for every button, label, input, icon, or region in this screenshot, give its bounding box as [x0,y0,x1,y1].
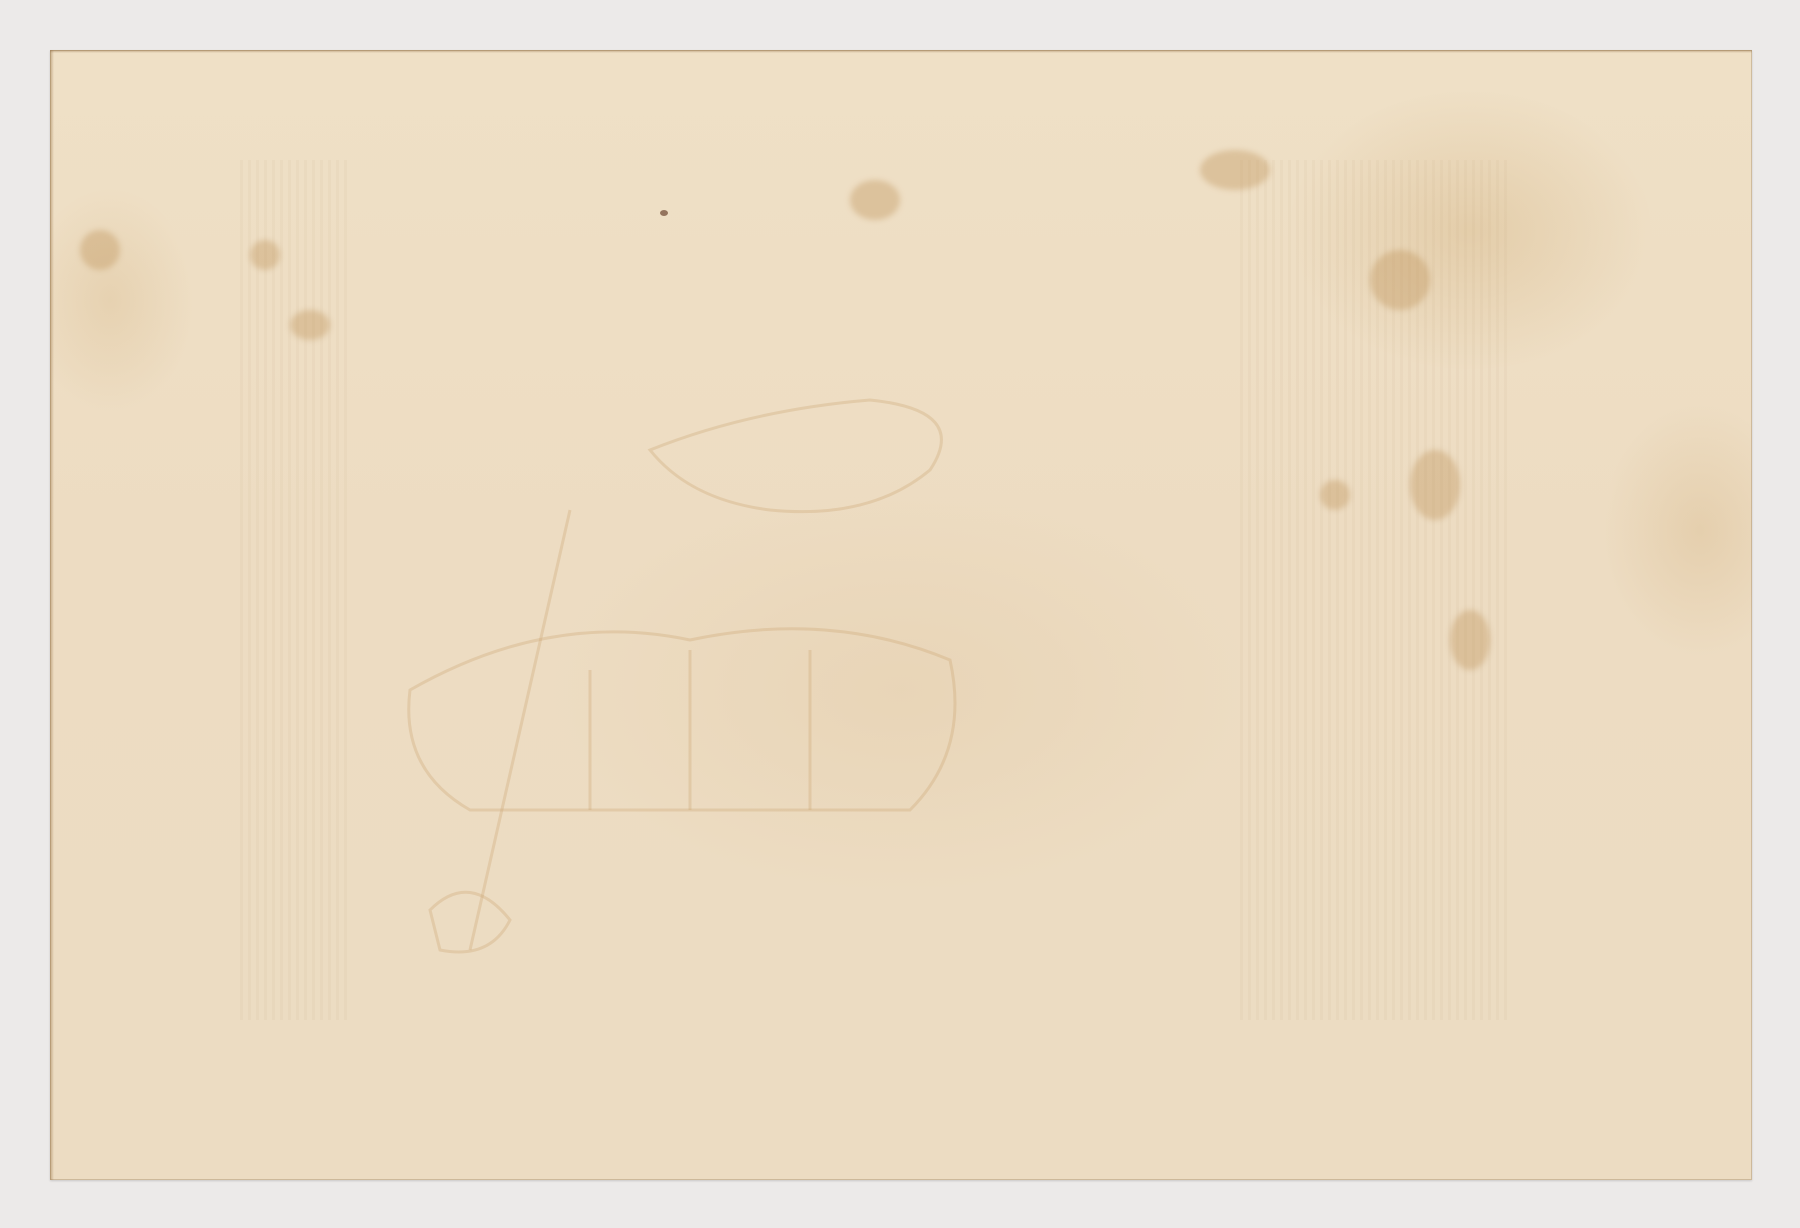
foxing-spot [850,180,900,220]
foxing-spot [80,230,120,270]
foxing-spot [660,210,668,216]
foxing-spot [250,240,280,270]
foxing-spot [1370,250,1430,310]
foxing-spot [1410,450,1460,520]
foxing-spot [1450,610,1490,670]
foxing-spot [1200,150,1270,190]
paper-sheet [50,50,1752,1180]
foxing-spot [1320,480,1350,510]
show-through-illustration [50,50,1752,1180]
foxing-spot [290,310,330,340]
